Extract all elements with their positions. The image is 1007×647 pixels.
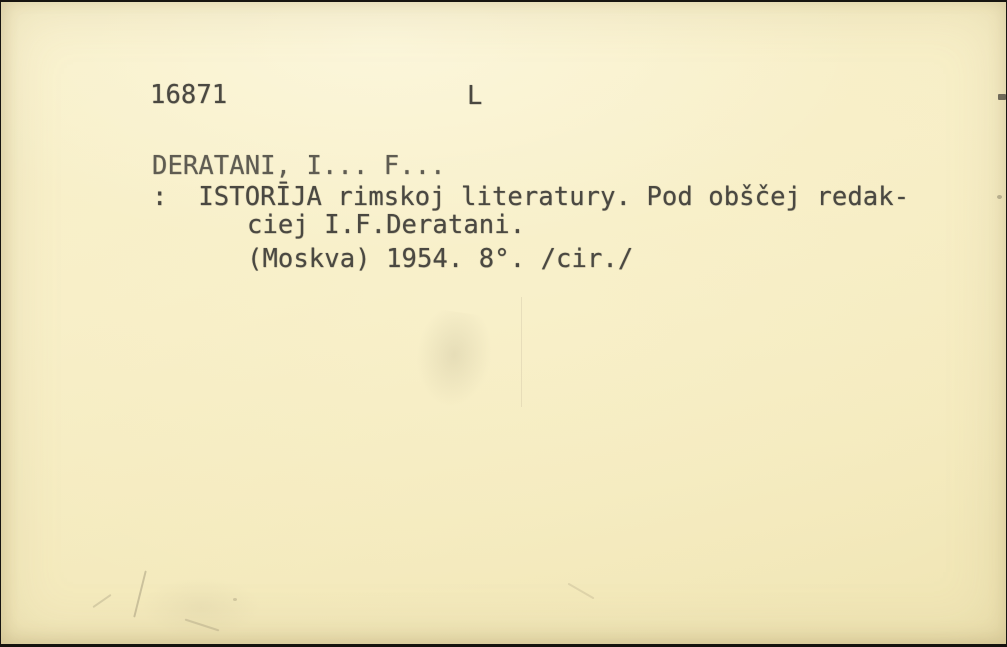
classification-letter: L [467,84,482,109]
pencil-scratch [233,598,237,601]
card-surface: 16871 L DERATANI, I... F... : ISTORĪJA r… [1,2,1006,644]
title-line: : ISTORĪJA rimskoj literatury. Pod obšče… [152,185,909,210]
pencil-scratch [568,583,595,600]
title-continuation: ciej I.F.Deratani. [247,213,525,238]
imprint-line: (Moskva) 1954. 8°. /cir./ [247,247,633,272]
scan-line-artifact [521,297,522,407]
scanned-catalog-card: 16871 L DERATANI, I... F... : ISTORĪJA r… [0,0,1007,647]
smudge-mark-bottom [141,577,261,637]
call-number: 16871 [150,83,227,108]
smudge-mark [410,307,497,412]
edge-speck-small [997,195,1002,199]
edge-speck [998,94,1006,100]
pencil-scratch [92,594,111,608]
author-heading: DERATANI, I... F... [152,154,446,179]
